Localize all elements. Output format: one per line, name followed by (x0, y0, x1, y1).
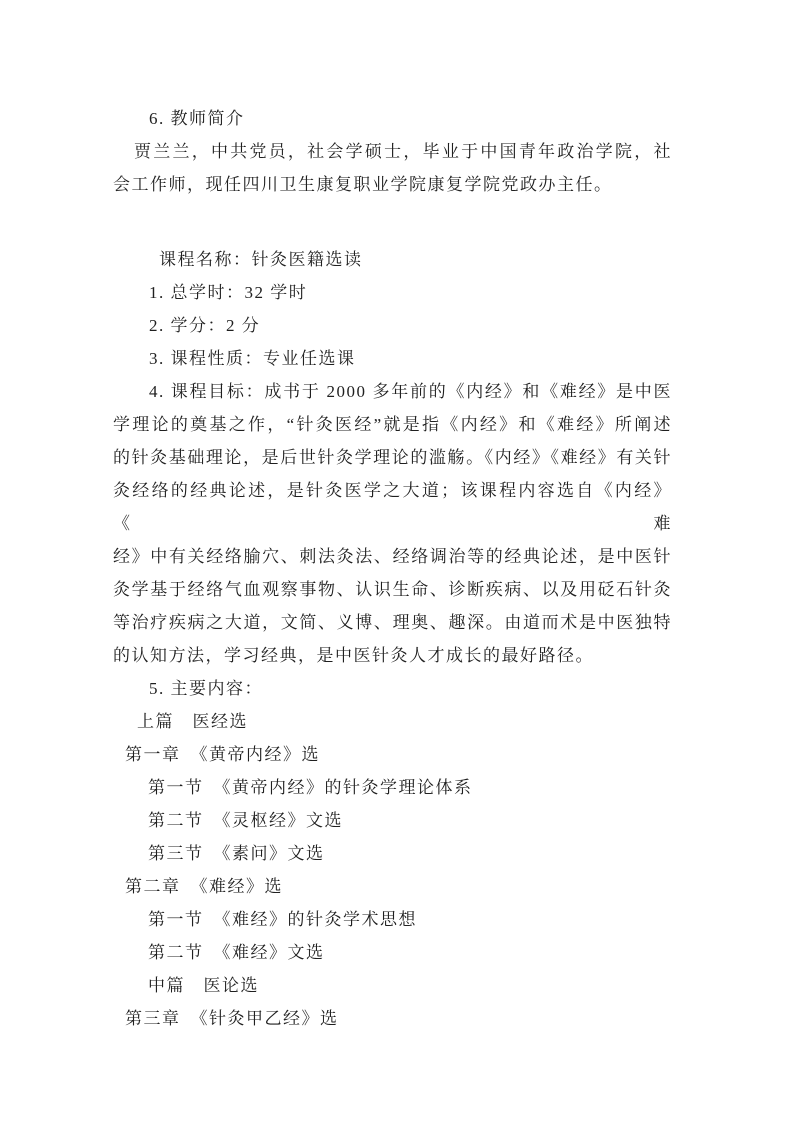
paragraph-line: 等治疗疾病之大道，文简、义博、理奥、趣深。由道而术是中医独特 (113, 606, 672, 639)
outline-line: 第一节 《难经》的针灸学术思想 (113, 903, 672, 936)
paragraph-line: 会工作师，现任四川卫生康复职业学院康复学院党政办主任。 (113, 168, 672, 201)
paragraph-line: 4. 课程目标：成书于 2000 多年前的《内经》和《难经》是中医 (113, 375, 672, 408)
teacher-heading: 6. 教师简介 (113, 102, 672, 135)
outline-line: 第三节 《素问》文选 (113, 837, 672, 870)
course-objectives: 4. 课程目标：成书于 2000 多年前的《内经》和《难经》是中医学理论的奠基之… (113, 375, 672, 672)
course-credits: 2. 学分：2 分 (113, 309, 672, 342)
outline-line: 中篇 医论选 (113, 969, 672, 1002)
course-type: 3. 课程性质：专业任选课 (113, 342, 672, 375)
paragraph-line: 灸学基于经络气血观察事物、认识生命、诊断疾病、以及用砭石针灸 (113, 573, 672, 606)
outline-line: 第一节 《黄帝内经》的针灸学理论体系 (113, 771, 672, 804)
outline-line: 上篇 医经选 (113, 705, 672, 738)
outline-line: 第二章 《难经》选 (113, 870, 672, 903)
outline-line: 第一章 《黄帝内经》选 (113, 738, 672, 771)
main-content-heading: 5. 主要内容： (113, 672, 672, 705)
course-total-hours: 1. 总学时：32 学时 (113, 276, 672, 309)
teacher-paragraph: 贾兰兰，中共党员，社会学硕士，毕业于中国青年政治学院，社会工作师，现任四川卫生康… (113, 135, 672, 201)
outline-line: 第二节 《难经》文选 (113, 936, 672, 969)
paragraph-line: 的认知方法，学习经典，是中医针灸人才成长的最好路径。 (113, 639, 672, 672)
document-page: 6. 教师简介 贾兰兰，中共党员，社会学硕士，毕业于中国青年政治学院，社会工作师… (0, 0, 793, 1122)
paragraph-line: 灸经络的经典论述，是针灸医学之大道；该课程内容选自《内经》《难 (113, 474, 672, 540)
outline-line: 第二节 《灵枢经》文选 (113, 804, 672, 837)
paragraph-line: 学理论的奠基之作，“针灸医经”就是指《内经》和《难经》所阐述 (113, 408, 672, 441)
paragraph-line: 的针灸基础理论，是后世针灸学理论的滥觞。《内经》《难经》有关针 (113, 441, 672, 474)
course-name: 课程名称：针灸医籍选读 (113, 243, 672, 276)
outline-line: 第三章 《针灸甲乙经》选 (113, 1002, 672, 1035)
paragraph-line: 经》中有关经络腧穴、刺法灸法、经络调治等的经典论述，是中医针 (113, 540, 672, 573)
course-outline: 上篇 医经选第一章 《黄帝内经》选第一节 《黄帝内经》的针灸学理论体系第二节 《… (113, 705, 672, 1035)
paragraph-line: 贾兰兰，中共党员，社会学硕士，毕业于中国青年政治学院，社 (113, 135, 672, 168)
